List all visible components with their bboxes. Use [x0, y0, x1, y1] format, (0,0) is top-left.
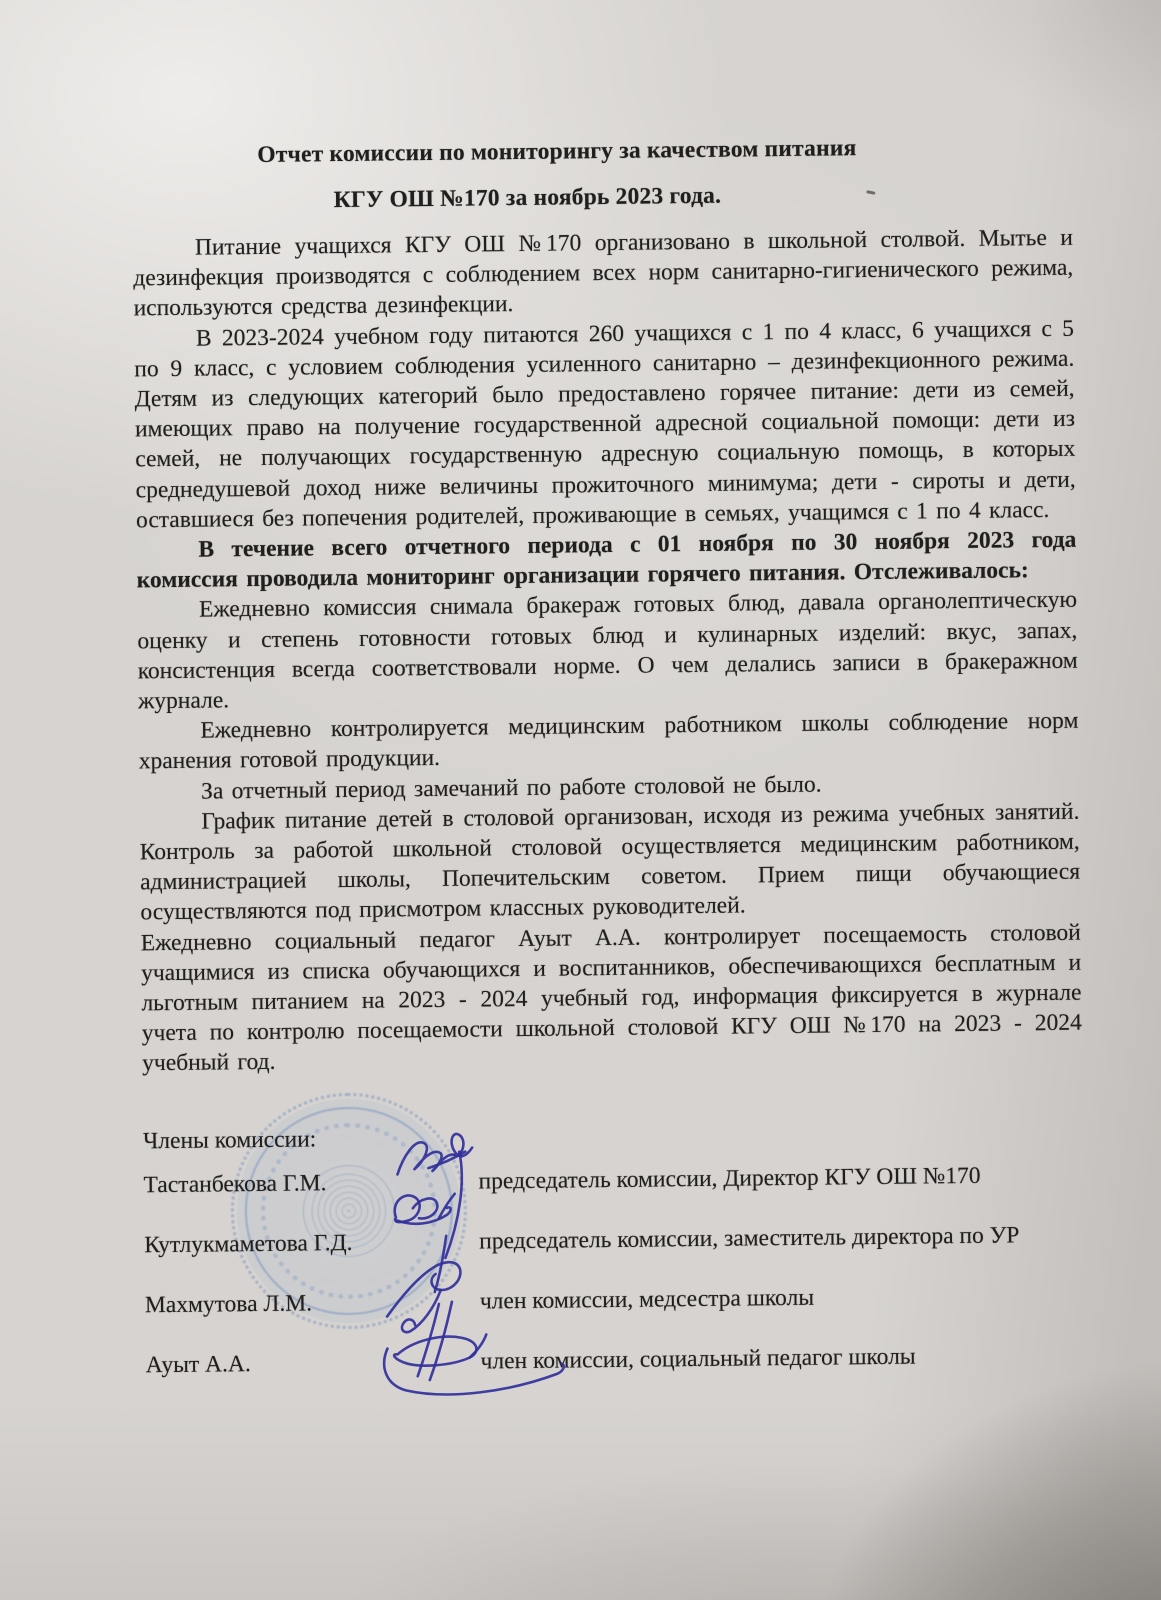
member-row: Махмутова Л.М. член комиссии, медсестра … [145, 1280, 1086, 1351]
paragraph-3-bold: В течение всего отчетного периода с 01 н… [136, 525, 1077, 596]
committee-block: Члены комиссии: Тастанбекова Г.М. предсе… [143, 1116, 1086, 1411]
member-row: Тастанбекова Г.М. председатель комиссии,… [143, 1160, 1084, 1231]
member-name: Тастанбекова Г.М. [143, 1168, 326, 1200]
photographed-document: Отчет комиссии по мониторингу за качеств… [0, 0, 1161, 1600]
member-name: Кутлукмаметова Г.Д. [144, 1228, 353, 1260]
document-title-line1: Отчет комиссии по мониторингу за качеств… [132, 131, 1072, 172]
member-role: член комиссии, медсестра школы [480, 1283, 814, 1317]
paragraph-4: Ежедневно комиссия снимала бракераж гото… [137, 585, 1078, 716]
paragraph-7: График питание детей в столовой организо… [139, 797, 1080, 928]
member-row: Кутлукмаметова Г.Д. председатель комисси… [144, 1220, 1085, 1291]
committee-rows: Тастанбекова Г.М. председатель комиссии,… [143, 1160, 1086, 1411]
document-sheet: Отчет комиссии по мониторингу за качеств… [132, 131, 1089, 1600]
member-role: председатель комиссии, заместитель дирек… [479, 1220, 1019, 1256]
document-title-line2: КГУ ОШ №170 за ноябрь 2023 года. [132, 177, 1072, 218]
member-role: председатель комиссии, Директор КГУ ОШ №… [478, 1161, 980, 1197]
member-row: Ауыт А.А. член комиссии, социальный педа… [145, 1340, 1086, 1411]
paragraph-2: В 2023-2024 учебном году питаются 260 уч… [134, 313, 1076, 535]
member-name: Махмутова Л.М. [145, 1288, 312, 1320]
committee-heading: Члены комиссии: [143, 1116, 1083, 1157]
member-role: член комиссии, социальный педагог школы [480, 1342, 915, 1377]
paragraph-1: Питание учащихся КГУ ОШ №170 организован… [133, 223, 1074, 324]
member-name: Ауыт А.А. [145, 1349, 251, 1380]
paragraph-8: Ежедневно социальный педагог Ауыт А.А. к… [141, 917, 1083, 1079]
paragraph-5: Ежедневно контролируется медицинским раб… [138, 706, 1079, 777]
